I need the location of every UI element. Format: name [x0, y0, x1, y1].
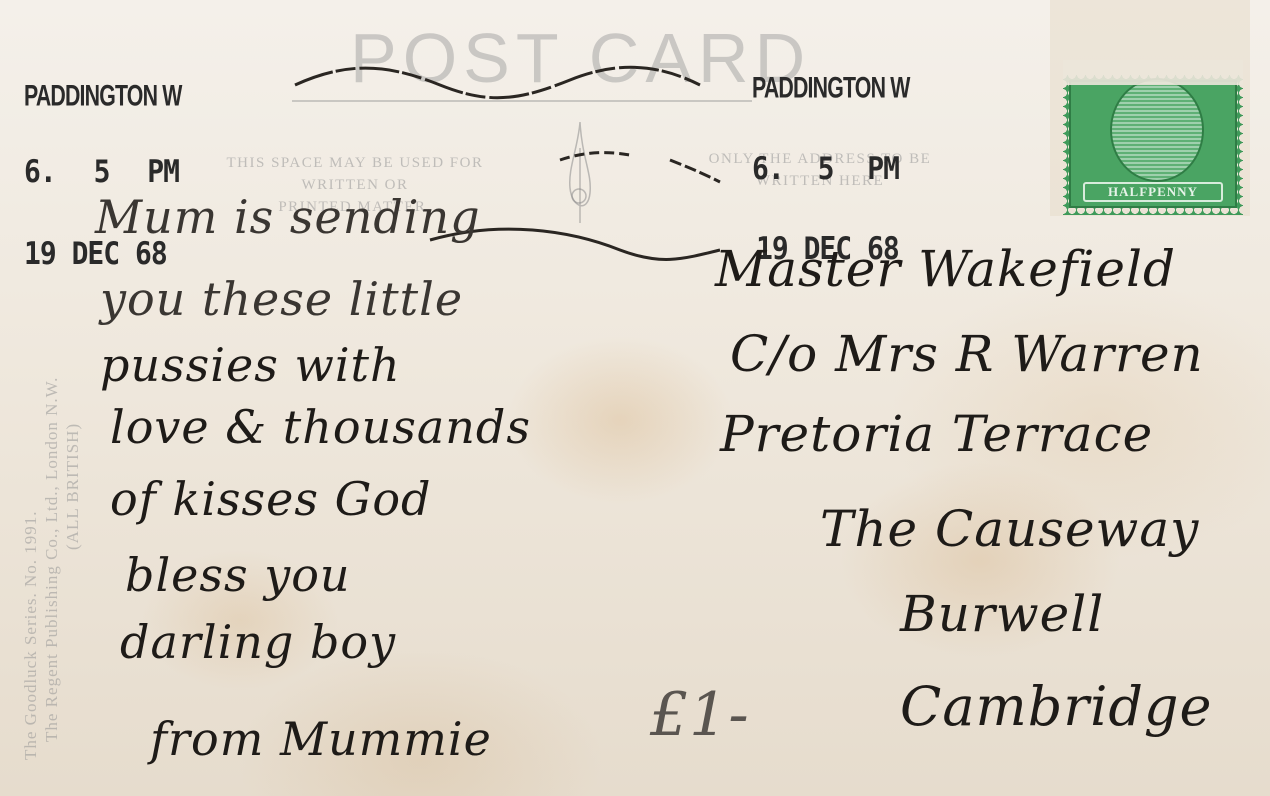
- message-line: pussies with: [100, 338, 401, 392]
- price-note: £1-: [650, 680, 750, 750]
- imprint-line: The Goodluck Series. No. 1991.: [20, 377, 41, 760]
- postmark-time: 6. 5 PM: [24, 153, 179, 189]
- message-line: darling boy: [120, 615, 396, 669]
- postmark-town: PADDINGTON W: [24, 78, 182, 114]
- address-line: The Causeway: [820, 500, 1199, 558]
- imprint-line: (ALL BRITISH): [62, 377, 83, 760]
- address-line: Cambridge: [900, 675, 1212, 738]
- message-line: you these little: [100, 272, 463, 326]
- postmark-town: PADDINGTON W: [752, 70, 910, 106]
- postmark-time: 6. 5 PM: [752, 150, 899, 186]
- message-line: bless you: [125, 548, 351, 602]
- address-line: Master Wakefield: [715, 240, 1176, 298]
- publisher-imprint: The Goodluck Series. No. 1991. The Regen…: [20, 377, 83, 760]
- address-line: Pretoria Terrace: [720, 405, 1153, 463]
- stamp-value-label: HALFPENNY: [1083, 182, 1223, 202]
- imprint-line: The Regent Publishing Co., Ltd., London …: [41, 377, 62, 760]
- stamp-worn-edge: [1063, 60, 1243, 85]
- cancellation-wave-top: [290, 55, 710, 115]
- message-line: Mum is sending: [95, 190, 481, 244]
- address-line: Burwell: [900, 585, 1104, 643]
- postcard-back: POST CARD THIS SPACE MAY BE USED FOR WRI…: [0, 0, 1270, 796]
- message-line: of kisses God: [110, 472, 431, 526]
- message-line: love & thousands: [110, 400, 531, 454]
- message-signature: from Mummie: [150, 712, 492, 766]
- address-line: C/o Mrs R Warren: [730, 325, 1204, 383]
- king-portrait-icon: [1110, 78, 1204, 182]
